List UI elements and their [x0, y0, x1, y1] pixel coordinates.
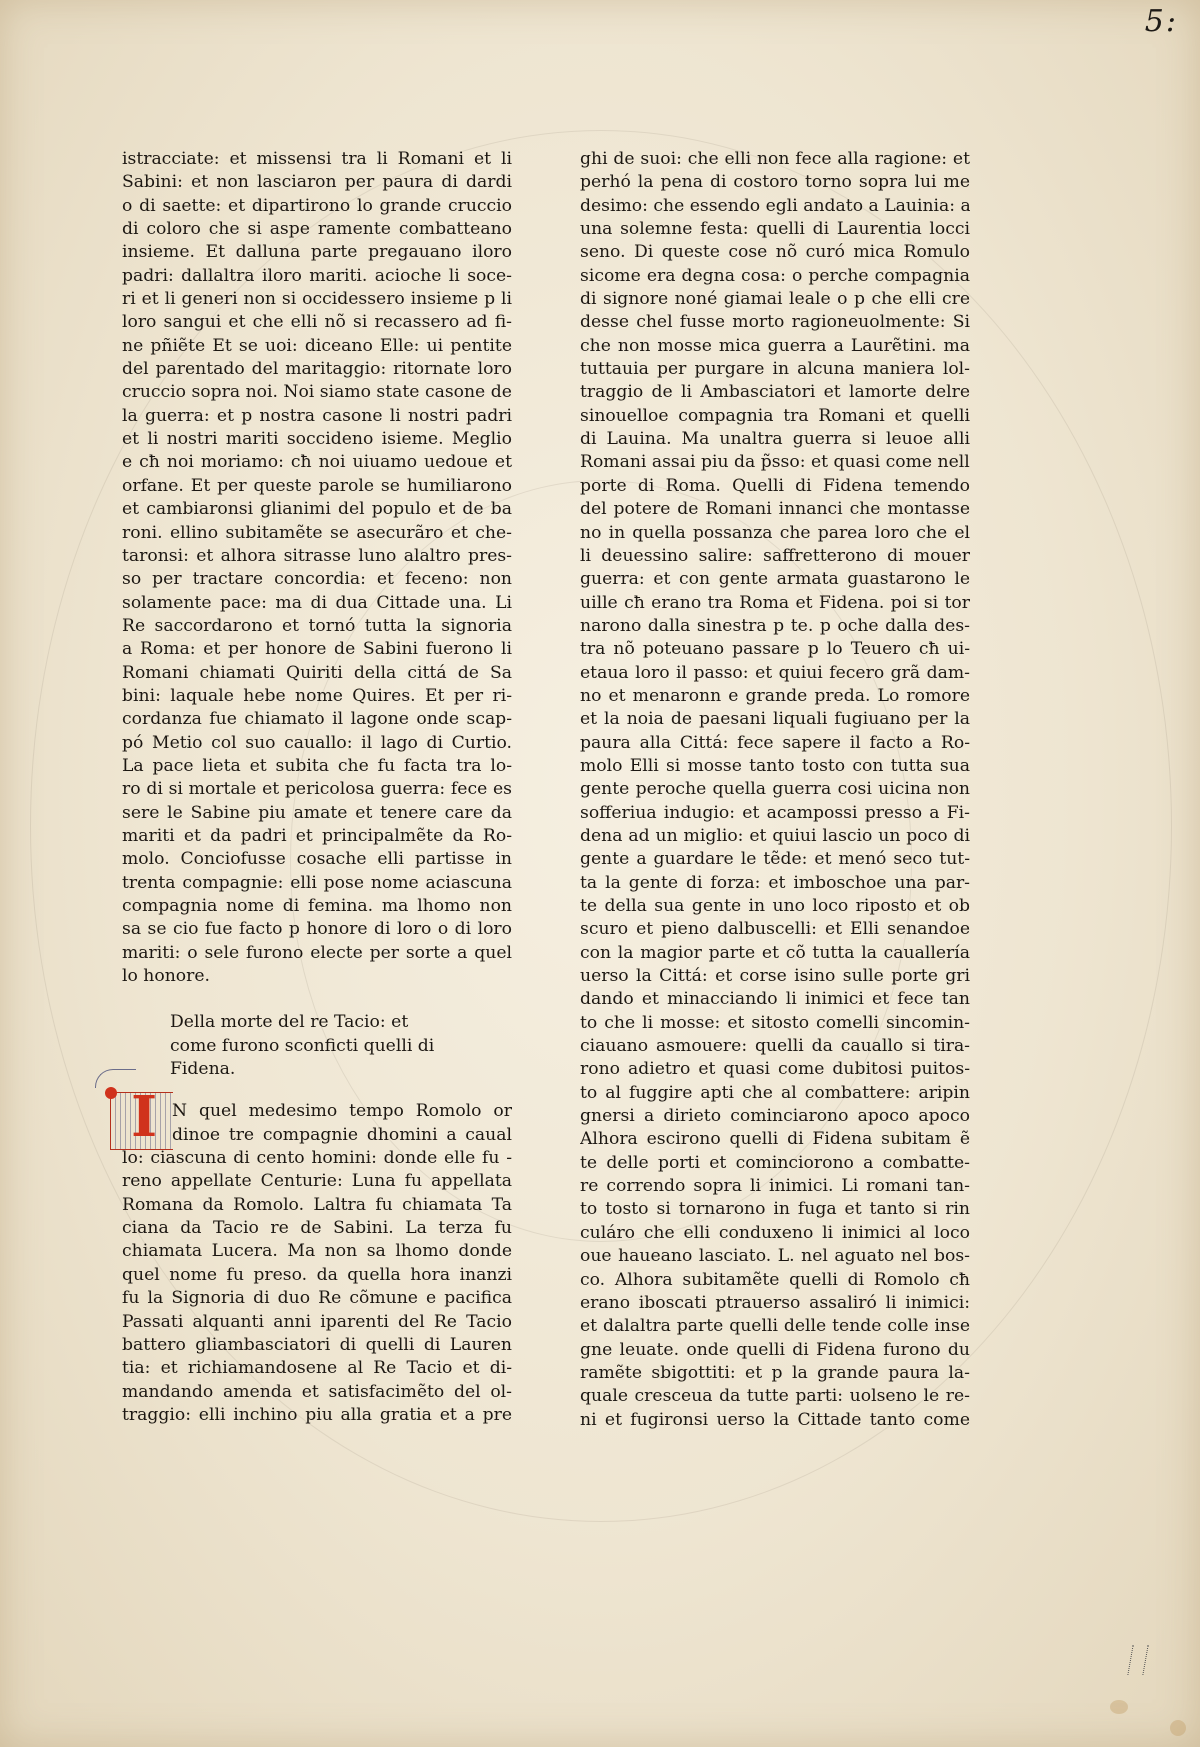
text-line: loro sangui et che elli nõ si recassero … — [122, 311, 512, 334]
text-line: scuro et pieno dalbuscelli: et Elli sena… — [580, 918, 970, 941]
text-line: Romani assai piu da p̃sso: et quasi come… — [580, 451, 970, 474]
text-line: et cambiaronsi glianimi del populo et de… — [122, 498, 512, 521]
text-line: tra nõ poteuano passare p lo Teuero cħ u… — [580, 638, 970, 661]
text-line: Romana da Romolo. Laltra fu chiamata Ta — [122, 1194, 512, 1217]
text-line: taronsi: et alhora sitrasse luno alaltro… — [122, 545, 512, 568]
text-line: dinoe tre compagnie dhomini a caual — [122, 1124, 512, 1147]
text-line: Re saccordarono et tornó tutta la signor… — [122, 615, 512, 638]
text-line: no et menaronn e grande preda. Lo romore — [580, 685, 970, 708]
text-line: molo. Conciofusse cosache elli partisse … — [122, 848, 512, 871]
text-line: perhó la pena di costoro torno sopra lui… — [580, 171, 970, 194]
text-line: la guerra: et p nostra casone li nostri … — [122, 405, 512, 428]
text-line: etaua loro il passo: et quiui fecero grã… — [580, 662, 970, 685]
text-line: sere le Sabine piu amate et tenere care … — [122, 802, 512, 825]
text-line: gente peroche quella guerra cosi uicina … — [580, 778, 970, 801]
text-line: traggio de li Ambasciatori et lamorte de… — [580, 381, 970, 404]
text-line: te della sua gente in uno loco riposto e… — [580, 895, 970, 918]
text-line: Fidena. — [170, 1058, 512, 1081]
text-line: ghi de suoi: che elli non fece alla ragi… — [580, 148, 970, 171]
text-line: desimo: che essendo egli andato a Lauini… — [580, 195, 970, 218]
text-line: rono adietro et quasi come dubitosi puit… — [580, 1058, 970, 1081]
foxing-spot — [1170, 1720, 1186, 1736]
text-line: porte di Roma. Quelli di Fidena temendo — [580, 475, 970, 498]
text-line: o di saette: et dipartirono lo grande cr… — [122, 195, 512, 218]
text-line: Passati alquanti anni iparenti del Re Ta… — [122, 1311, 512, 1334]
text-line: reno appellate Centurie: Luna fu appella… — [122, 1170, 512, 1193]
text-line: N quel medesimo tempo Romolo or — [122, 1100, 512, 1123]
text-line: paura alla Cittá: fece sapere il facto a… — [580, 732, 970, 755]
text-line: chiamata Lucera. Ma non sa lhomo donde — [122, 1240, 512, 1263]
text-line: sa se cio fue facto p honore di loro o d… — [122, 918, 512, 941]
text-line: narono dalla sinestra p te. p oche dalla… — [580, 615, 970, 638]
chapter-heading: Della morte del re Tacio: etcome furono … — [170, 1011, 512, 1081]
folio-number: 5: — [1145, 4, 1178, 39]
left-text-column: istracciate: et missensi tra li Romani e… — [122, 148, 512, 1427]
text-line: dena ad un miglio: et quiui lascio un po… — [580, 825, 970, 848]
text-line: compagnia nome di femina. ma lhomo non — [122, 895, 512, 918]
text-line: come furono sconficti quelli di — [170, 1035, 512, 1058]
text-line: tia: et richiamandosene al Re Tacio et d… — [122, 1357, 512, 1380]
text-line: mariti: o sele furono electe per sorte a… — [122, 942, 512, 965]
text-line: una solemne festa: quelli di Laurentia l… — [580, 218, 970, 241]
text-line: gente a guardare le tẽde: et menó seco t… — [580, 848, 970, 871]
text-line: gne leuate. onde quelli di Fidena furono… — [580, 1339, 970, 1362]
text-line: oue haueano lasciato. L. nel aguato nel … — [580, 1245, 970, 1268]
penwork-flourish-icon — [95, 1069, 136, 1088]
text-line: di coloro che si aspe ramente combattean… — [122, 218, 512, 241]
text-line: di Lauina. Ma unaltra guerra si leuoe al… — [580, 428, 970, 451]
text-line: del potere de Romani innanci che montass… — [580, 498, 970, 521]
text-line: di signore noné giamai leale o p che ell… — [580, 288, 970, 311]
text-line: co. Alhora subitamẽte quelli di Romolo c… — [580, 1269, 970, 1292]
text-line: e cħ noi moriamo: cħ noi uiuamo uedoue e… — [122, 451, 512, 474]
text-line: ramẽte sbigottiti: et p la grande paura … — [580, 1362, 970, 1385]
text-line: a Roma: et per honore de Sabini fuerono … — [122, 638, 512, 661]
text-line: solamente pace: ma di dua Cittade una. L… — [122, 592, 512, 615]
text-line: ciana da Tacio re de Sabini. La terza fu — [122, 1217, 512, 1240]
text-line: insieme. Et dalluna parte pregauano ilor… — [122, 241, 512, 264]
text-line: li deuessino salire: saffretterono di mo… — [580, 545, 970, 568]
text-line: La pace lieta et subita che fu facta tra… — [122, 755, 512, 778]
text-line: quel nome fu preso. da quella hora inanz… — [122, 1264, 512, 1287]
pencil-mark-icon — [1127, 1645, 1148, 1675]
text-line: che non mosse mica guerra a Laurẽtini. m… — [580, 335, 970, 358]
text-line: to tosto si tornarono in fuga et tanto s… — [580, 1198, 970, 1221]
text-line: ro di si mortale et pericolosa guerra: f… — [122, 778, 512, 801]
text-line: mariti et da padri et principalmẽte da R… — [122, 825, 512, 848]
text-line: erano iboscati ptrauerso assaliró li ini… — [580, 1292, 970, 1315]
right-text-column: ghi de suoi: che elli non fece alla ragi… — [580, 148, 970, 1432]
text-line: orfane. Et per queste parole se humiliar… — [122, 475, 512, 498]
text-line: quale cresceua da tutte parti: uolseno l… — [580, 1385, 970, 1408]
text-line: lo honore. — [122, 965, 512, 988]
text-line: padri: dallaltra iloro mariti. acioche l… — [122, 265, 512, 288]
text-line: dando et minacciando li inimici et fece … — [580, 988, 970, 1011]
text-line: pó Metio col suo cauallo: il lago di Cur… — [122, 732, 512, 755]
text-line: gnersi a dirieto cominciarono apoco apoc… — [580, 1105, 970, 1128]
text-line: cordanza fue chiamato il lagone onde sca… — [122, 708, 512, 731]
text-line: uille cħ erano tra Roma et Fidena. poi s… — [580, 592, 970, 615]
paragraph-2: I N quel medesimo tempo Romolo ordinoe t… — [122, 1100, 512, 1427]
text-line: et li nostri mariti soccideno isieme. Me… — [122, 428, 512, 451]
text-line: seno. Di queste cose nõ curó mica Romulo — [580, 241, 970, 264]
text-line: istracciate: et missensi tra li Romani e… — [122, 148, 512, 171]
text-line: fu la Signoria di duo Re cõmune e pacifi… — [122, 1287, 512, 1310]
text-line: del parentado del maritaggio: ritornate … — [122, 358, 512, 381]
text-line: et la noia de paesani liquali fugiuano p… — [580, 708, 970, 731]
text-line: tuttauia per purgare in alcuna maniera l… — [580, 358, 970, 381]
foxing-spot — [1110, 1700, 1128, 1714]
text-line: ta la gente di forza: et imboschoe una p… — [580, 872, 970, 895]
text-line: uerso la Cittá: et corse isino sulle por… — [580, 965, 970, 988]
text-line: battero gliambasciatori di quelli di Lau… — [122, 1334, 512, 1357]
text-line: ni et fugironsi uerso la Cittade tanto c… — [580, 1409, 970, 1432]
illuminated-initial: I — [110, 1092, 173, 1150]
text-line: to al fuggire apti che al combattere: ar… — [580, 1082, 970, 1105]
text-line: culáro che elli conduxeno li inimici al … — [580, 1222, 970, 1245]
rubric-dot-icon — [105, 1087, 117, 1099]
text-line: ciauano asmouere: quelli da cauallo si t… — [580, 1035, 970, 1058]
text-line: te delle porti et cominciorono a combatt… — [580, 1152, 970, 1175]
text-line: mandando amenda et satisfacimẽto del ol- — [122, 1381, 512, 1404]
text-line: sicome era degna cosa: o perche compagni… — [580, 265, 970, 288]
text-line: lo: ciascuna di cento homini: donde elle… — [122, 1147, 512, 1170]
text-line: desse chel fusse morto ragioneuolmente: … — [580, 311, 970, 334]
text-line: trenta compagnie: elli pose nome aciascu… — [122, 872, 512, 895]
text-line: bini: laquale hebe nome Quires. Et per r… — [122, 685, 512, 708]
text-line: sinouelloe compagnia tra Romani et quell… — [580, 405, 970, 428]
text-line: cruccio sopra noi. Noi siamo state cason… — [122, 381, 512, 404]
text-line: roni. ellino subitamẽte se asecurãro et … — [122, 522, 512, 545]
right-column-lines: ghi de suoi: che elli non fece alla ragi… — [580, 148, 970, 1432]
text-line: traggio: elli inchino piu alla gratia et… — [122, 1404, 512, 1427]
text-line: Romani chiamati Quiriti della cittá de S… — [122, 662, 512, 685]
text-line: Alhora escirono quelli di Fidena subitam… — [580, 1128, 970, 1151]
text-line: sofferiua indugio: et acampossi presso a… — [580, 802, 970, 825]
text-line: guerra: et con gente armata guastarono l… — [580, 568, 970, 591]
initial-letter: I — [131, 1087, 157, 1147]
text-line: re correndo sopra li inimici. Li romani … — [580, 1175, 970, 1198]
text-line: et dalaltra parte quelli delle tende col… — [580, 1315, 970, 1338]
text-line: molo Elli si mosse tanto tosto con tutta… — [580, 755, 970, 778]
paragraph-2-lines: N quel medesimo tempo Romolo ordinoe tre… — [122, 1100, 512, 1427]
text-line: no in quella possanza che parea loro che… — [580, 522, 970, 545]
text-line: Sabini: et non lasciaron per paura di da… — [122, 171, 512, 194]
text-line: so per tractare concordia: et feceno: no… — [122, 568, 512, 591]
paragraph-1: istracciate: et missensi tra li Romani e… — [122, 148, 512, 988]
text-line: Della morte del re Tacio: et — [170, 1011, 512, 1034]
text-line: to che li mosse: et sitosto comelli sinc… — [580, 1012, 970, 1035]
text-line: ne pñiẽte Et se uoi: diceano Elle: ui pe… — [122, 335, 512, 358]
text-line: con la magior parte et cõ tutta la caual… — [580, 942, 970, 965]
text-line: ri et li generi non si occidessero insie… — [122, 288, 512, 311]
